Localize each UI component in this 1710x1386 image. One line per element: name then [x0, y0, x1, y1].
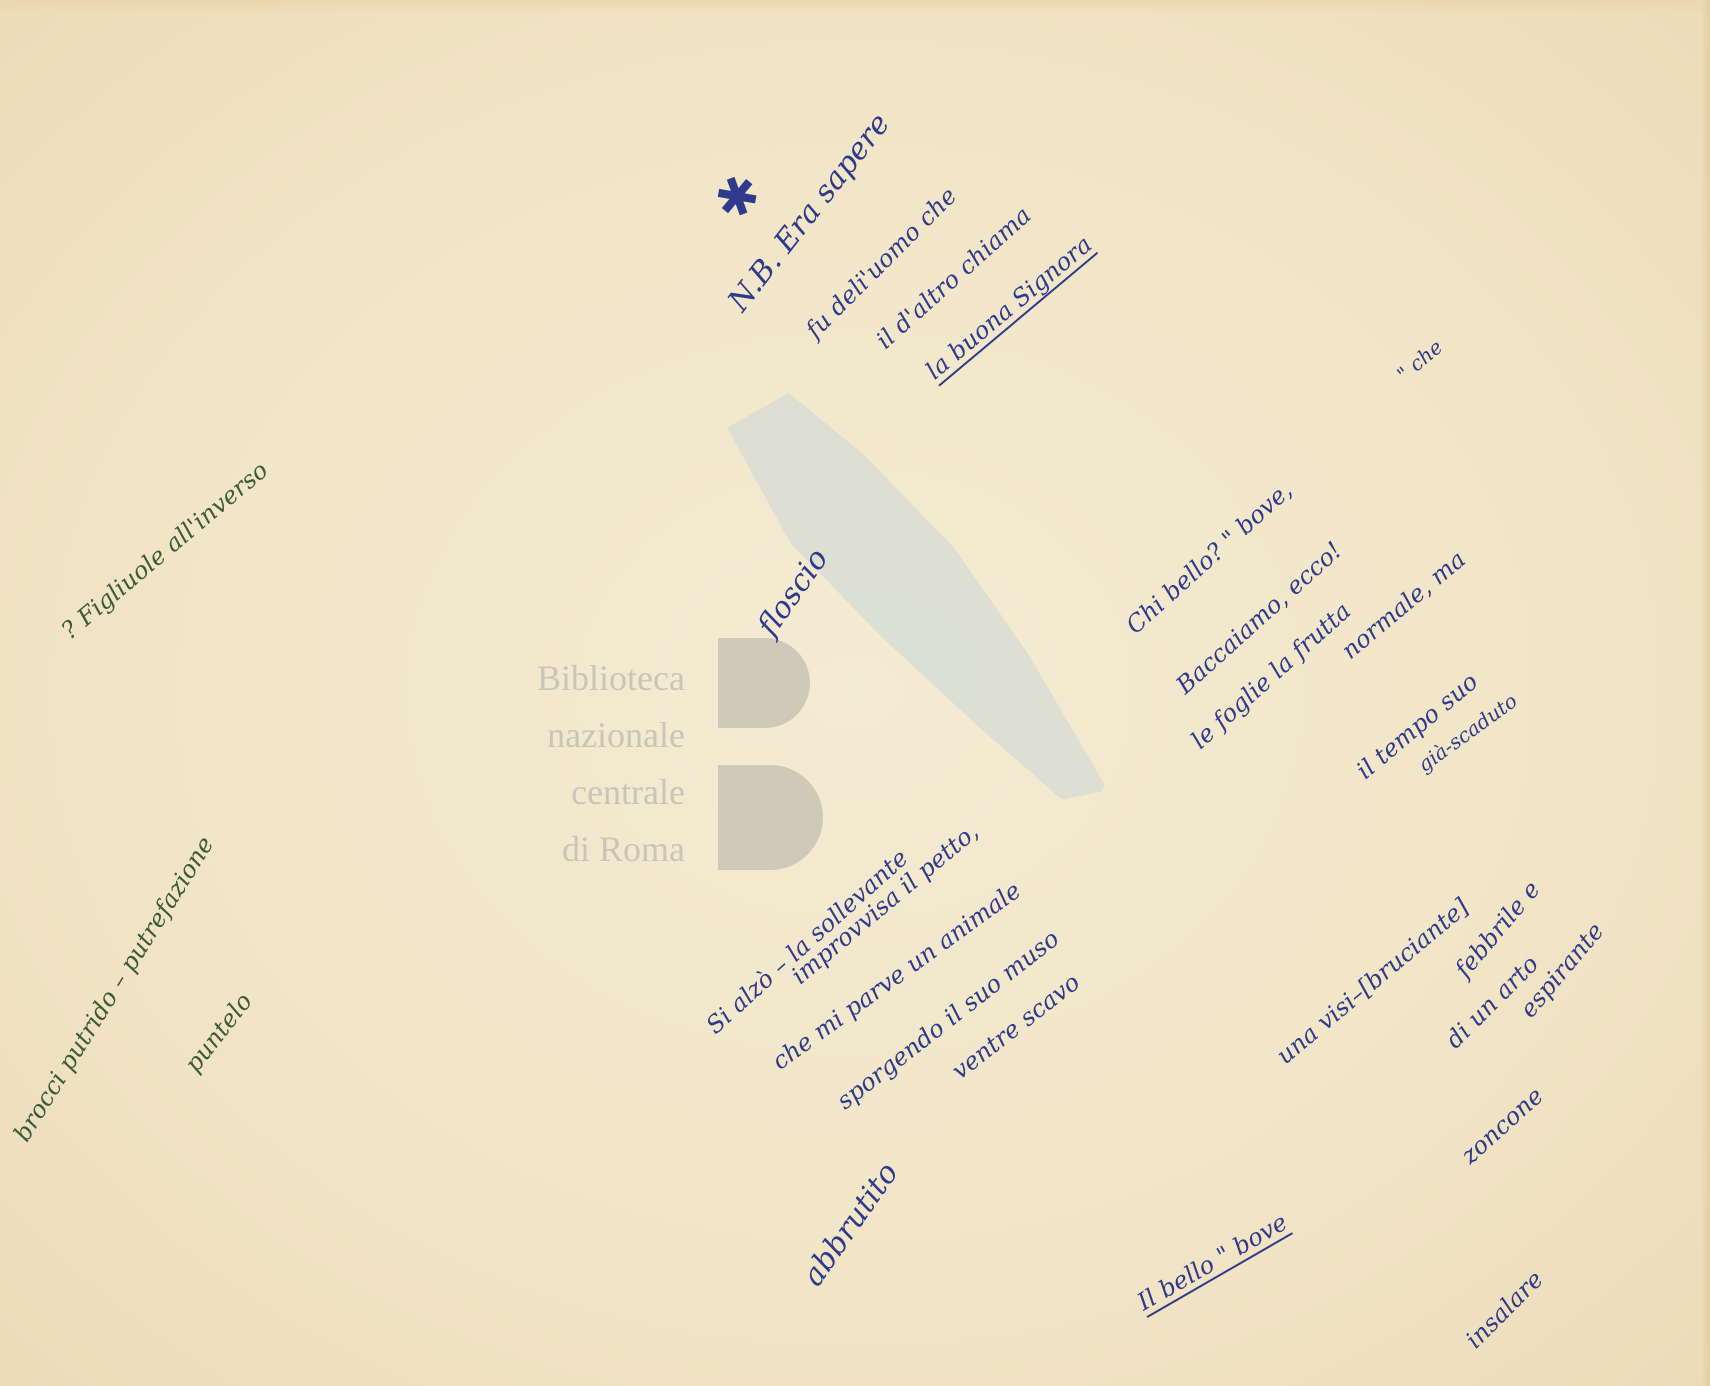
- watermark-logo-b-lower: [718, 765, 823, 870]
- watermark-logo-b-upper: [718, 638, 810, 728]
- page-edge-top: [0, 0, 1710, 14]
- watermark-line: centrale: [470, 764, 685, 821]
- watermark-line: di Roma: [470, 821, 685, 878]
- watermark-library-name: Biblioteca nazionale centrale di Roma: [470, 650, 685, 878]
- page-edge-right: [1700, 0, 1710, 1386]
- watermark-line: Biblioteca: [470, 650, 685, 707]
- watermark-line: nazionale: [470, 707, 685, 764]
